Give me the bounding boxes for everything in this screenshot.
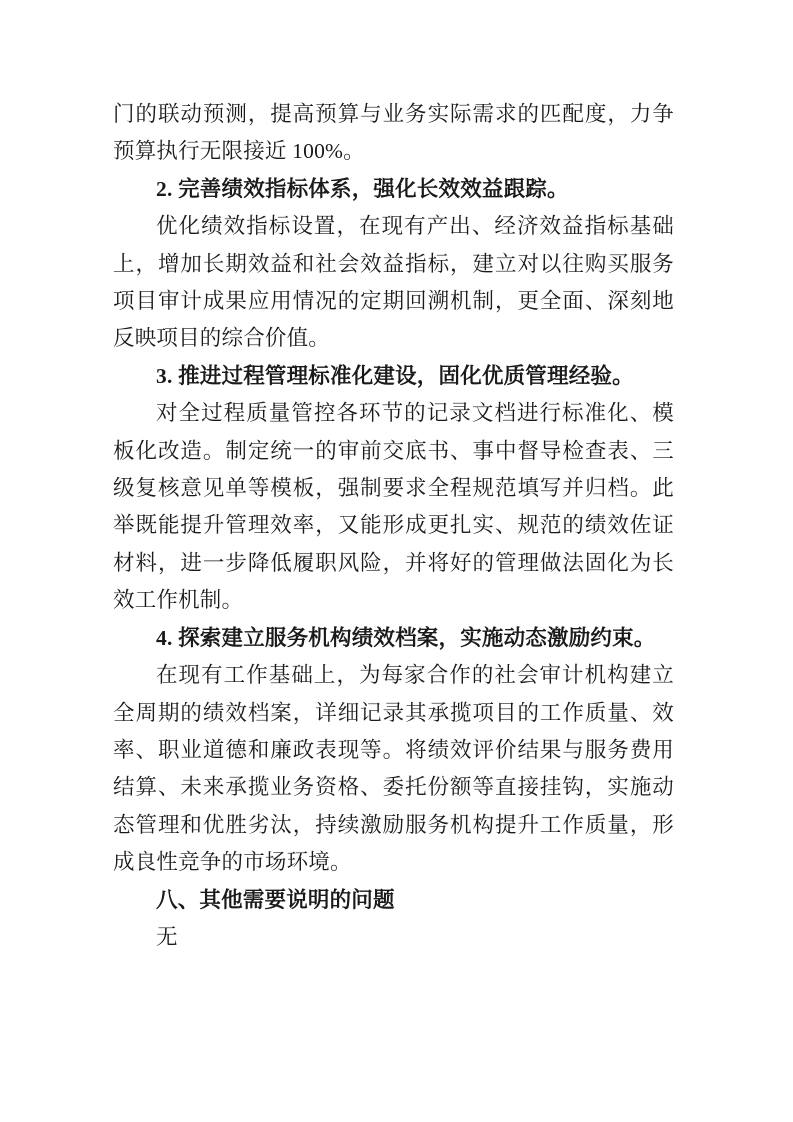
section-heading: 3. 推进过程管理标准化建设，固化优质管理经验。 xyxy=(113,358,674,395)
section-heading: 八、其他需要说明的问题 xyxy=(113,882,674,919)
document-content: 门的联动预测，提高预算与业务实际需求的匹配度，力争预算执行无限接近 100%。2… xyxy=(113,96,674,956)
paragraph: 优化绩效指标设置，在现有产出、经济效益指标基础上，增加长期效益和社会效益指标，建… xyxy=(113,208,674,358)
paragraph: 门的联动预测，提高预算与业务实际需求的匹配度，力争预算执行无限接近 100%。 xyxy=(113,96,674,171)
paragraph: 对全过程质量管控各环节的记录文档进行标准化、模板化改造。制定统一的审前交底书、事… xyxy=(113,395,674,619)
paragraph: 在现有工作基础上，为每家合作的社会审计机构建立全周期的绩效档案，详细记录其承揽项… xyxy=(113,657,674,881)
section-heading: 4. 探索建立服务机构绩效档案，实施动态激励约束。 xyxy=(113,620,674,657)
section-heading: 2. 完善绩效指标体系，强化长效效益跟踪。 xyxy=(113,171,674,208)
document-page: 门的联动预测，提高预算与业务实际需求的匹配度，力争预算执行无限接近 100%。2… xyxy=(0,0,793,1122)
paragraph: 无 xyxy=(113,919,674,956)
